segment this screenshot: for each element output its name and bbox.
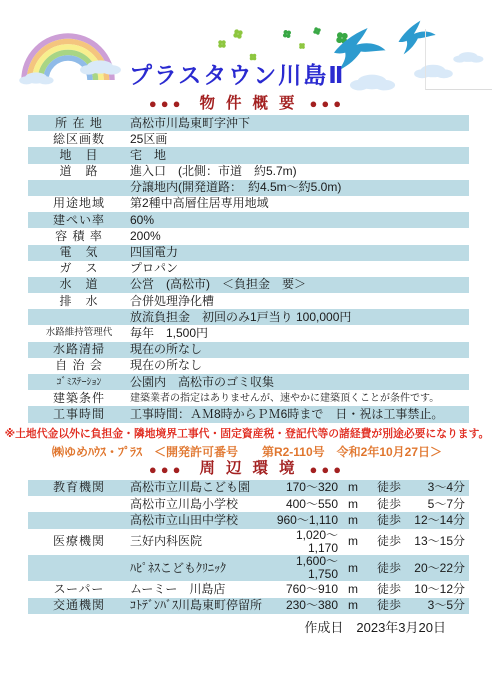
section-head-overview: ●●● 物件概要 ●●● — [0, 94, 494, 113]
row-label: 総区画数 — [28, 133, 130, 146]
row-value: 現在の所なし — [130, 359, 469, 372]
env-name: 高松市立川島小学校 — [130, 498, 276, 511]
row-label: 水路清掃 — [28, 343, 130, 356]
env-unit: m — [338, 481, 368, 494]
environment-table: 教育機関高松市立川島こども園170～320m徒歩3～4分 高松市立川島小学校40… — [28, 480, 469, 615]
env-distance: 170～320 — [276, 481, 338, 494]
env-name: 三好内科医院 — [130, 535, 276, 548]
row-value: 進入口 (北側：市道 約5.7m) — [130, 165, 469, 178]
env-time: 3～5分 — [410, 599, 469, 612]
section-head-environment: ●●● 周辺環境 ●●● — [0, 460, 494, 479]
env-name: 高松市立山田中学校 — [130, 514, 276, 527]
row-label: ｺﾞﾐｽﾃｰｼｮﾝ — [28, 377, 130, 388]
created-date: 作成日 2023年3月20日 — [0, 617, 494, 636]
header-image-edge — [425, 29, 492, 90]
env-category: スーパー — [28, 583, 130, 596]
row-value: 工事時間：ＡＭ8時からＰＭ6時まで 日・祝は工事禁止。 — [130, 408, 469, 421]
row-value: 宅 地 — [130, 149, 469, 162]
row-value: 高松市川島東町字沖下 — [130, 117, 469, 130]
env-walk: 徒歩 — [368, 481, 410, 494]
table-row: 教育機関高松市立川島こども園170～320m徒歩3～4分 — [28, 480, 469, 496]
table-row: 水路維持管理代毎年 1,500円 — [28, 325, 469, 341]
env-distance: 400～550 — [276, 498, 338, 511]
row-value: 四国電力 — [130, 246, 469, 259]
row-label: 道 路 — [28, 165, 130, 178]
flyer-page: プラスタウン川島Ⅱ ●●● 物件概要 ●●● 所 在 地高松市川島東町字沖下 総… — [0, 0, 494, 700]
property-table: 所 在 地高松市川島東町字沖下 総区画数25区画 地 目宅 地 道 路進入口 (… — [28, 115, 469, 423]
row-label: 水 道 — [28, 278, 130, 291]
env-walk: 徒歩 — [368, 599, 410, 612]
env-category: 交通機関 — [28, 599, 130, 612]
row-value: 分譲地内(開発道路： 約4.5m～約5.0m) — [130, 181, 469, 194]
table-row: ｺﾞﾐｽﾃｰｼｮﾝ公園内 高松市のゴミ収集 — [28, 374, 469, 390]
row-value: プロパン — [130, 262, 469, 275]
table-row: 工事時間工事時間：ＡＭ8時からＰＭ6時まで 日・祝は工事禁止。 — [28, 406, 469, 422]
env-time: 13～15分 — [410, 535, 469, 548]
row-label: 自 治 会 — [28, 359, 130, 372]
table-row: 高松市立山田中学校960～1,110m徒歩12～14分 — [28, 512, 469, 528]
dots-left: ●●● — [149, 463, 185, 476]
env-name: ｺﾄﾃﾞﾝﾊﾞｽ川島東町停留所 — [130, 599, 276, 612]
env-time: 3～4分 — [410, 481, 469, 494]
table-row: 分譲地内(開発道路： 約4.5m～約5.0m) — [28, 180, 469, 196]
clover-icon — [283, 30, 292, 39]
table-row: 自 治 会現在の所なし — [28, 358, 469, 374]
row-label: 地 目 — [28, 149, 130, 162]
table-row: 建築条件建築業者の指定はありませんが、速やかに建築頂くことが条件です。 — [28, 390, 469, 406]
env-walk: 徒歩 — [368, 498, 410, 511]
section-title-overview: 物件概要 — [199, 96, 305, 112]
env-distance: 760～910 — [276, 583, 338, 596]
env-walk: 徒歩 — [368, 535, 410, 548]
dots-right: ●●● — [310, 463, 346, 476]
row-label: 建築条件 — [28, 392, 130, 405]
env-distance: 230～380 — [276, 599, 338, 612]
table-row: 放流負担金 初回のみ1戸当り 100,000円 — [28, 309, 469, 325]
row-value: 60% — [130, 214, 469, 227]
clover-icon — [233, 29, 243, 39]
env-unit: m — [338, 514, 368, 527]
row-value: 放流負担金 初回のみ1戸当り 100,000円 — [130, 311, 469, 324]
row-value: 25区画 — [130, 133, 469, 146]
extra-costs-note: ※土地代金以外に負担金・隣地境界工事代・固定資産税・登記代等の諸経費が別途必要に… — [0, 426, 494, 441]
row-label: 所 在 地 — [28, 117, 130, 130]
clover-icon — [299, 43, 305, 49]
row-label: 水路維持管理代 — [28, 328, 130, 338]
env-name: ﾊﾋﾟﾈｽこどもｸﾘﾆｯｸ — [130, 562, 276, 575]
table-row: ﾊﾋﾟﾈｽこどもｸﾘﾆｯｸ1,600～1,750m徒歩20～22分 — [28, 555, 469, 581]
table-row: 建ぺい率 60% — [28, 212, 469, 228]
table-row: 道 路進入口 (北側：市道 約5.7m) — [28, 164, 469, 180]
row-label: 電 気 — [28, 246, 130, 259]
dots-left: ●●● — [149, 97, 185, 110]
table-row: 水路清掃現在の所なし — [28, 342, 469, 358]
table-row: 医療機関三好内科医院1,020～1,170m徒歩13～15分 — [28, 529, 469, 555]
env-unit: m — [338, 535, 368, 548]
row-value: 200% — [130, 230, 469, 243]
env-distance: 1,600～1,750 — [276, 555, 338, 581]
env-time: 5～7分 — [410, 498, 469, 511]
table-row: 電 気四国電力 — [28, 245, 469, 261]
env-unit: m — [338, 599, 368, 612]
row-value: 公営 (高松市) ＜負担金 要＞ — [130, 278, 469, 291]
row-value: 現在の所なし — [130, 343, 469, 356]
clover-icon — [218, 40, 226, 48]
table-row: 水 道公営 (高松市) ＜負担金 要＞ — [28, 277, 469, 293]
row-label: 建ぺい率 — [28, 214, 130, 227]
row-label: 容 積 率 — [28, 230, 130, 243]
row-value: 毎年 1,500円 — [130, 327, 469, 340]
row-value: 公園内 高松市のゴミ収集 — [130, 376, 469, 389]
env-time: 20～22分 — [410, 562, 469, 575]
row-label: 用途地域 — [28, 197, 130, 210]
clover-icon — [313, 27, 321, 35]
cloud-icon — [350, 75, 395, 91]
env-name: 高松市立川島こども園 — [130, 481, 276, 494]
env-walk: 徒歩 — [368, 514, 410, 527]
env-category: 医療機関 — [28, 535, 130, 548]
section-title-environment: 周辺環境 — [199, 461, 305, 477]
env-distance: 960～1,110 — [276, 514, 338, 527]
table-row: 地 目宅 地 — [28, 147, 469, 163]
table-row: 高松市立川島小学校400～550m徒歩5～7分 — [28, 496, 469, 512]
env-time: 10～12分 — [410, 583, 469, 596]
row-value: 合併処理浄化槽 — [130, 295, 469, 308]
page-title: プラスタウン川島Ⅱ — [129, 57, 345, 90]
table-row: 総区画数25区画 — [28, 131, 469, 147]
header-decoration: プラスタウン川島Ⅱ — [0, 0, 494, 94]
row-label: 排 水 — [28, 295, 130, 308]
permit-note: ㈱ゆめﾊｳｽ・ﾌﾟﾗｽ ＜開発許可番号 第R2-110号 令和2年10月27日＞ — [0, 443, 494, 460]
table-row: 用途地域第2種中高層住居専用地域 — [28, 196, 469, 212]
table-row: 排 水合併処理浄化槽 — [28, 293, 469, 309]
table-row: 交通機関ｺﾄﾃﾞﾝﾊﾞｽ川島東町停留所230～380m徒歩3～5分 — [28, 598, 469, 614]
env-name: ムーミー 川島店 — [130, 583, 276, 596]
env-distance: 1,020～1,170 — [276, 529, 338, 555]
table-row: スーパームーミー 川島店760～910m徒歩10～12分 — [28, 581, 469, 597]
env-time: 12～14分 — [410, 514, 469, 527]
env-walk: 徒歩 — [368, 562, 410, 575]
row-label: ガ ス — [28, 262, 130, 275]
env-category: 教育機関 — [28, 481, 130, 494]
env-unit: m — [338, 562, 368, 575]
table-row: ガ スプロパン — [28, 261, 469, 277]
env-unit: m — [338, 498, 368, 511]
table-row: 容 積 率200% — [28, 228, 469, 244]
row-label: 工事時間 — [28, 408, 130, 421]
dots-right: ●●● — [310, 97, 346, 110]
env-walk: 徒歩 — [368, 583, 410, 596]
row-value: 第2種中高層住居専用地域 — [130, 197, 469, 210]
env-unit: m — [338, 583, 368, 596]
table-row: 所 在 地高松市川島東町字沖下 — [28, 115, 469, 131]
row-value: 建築業者の指定はありませんが、速やかに建築頂くことが条件です。 — [130, 393, 469, 404]
